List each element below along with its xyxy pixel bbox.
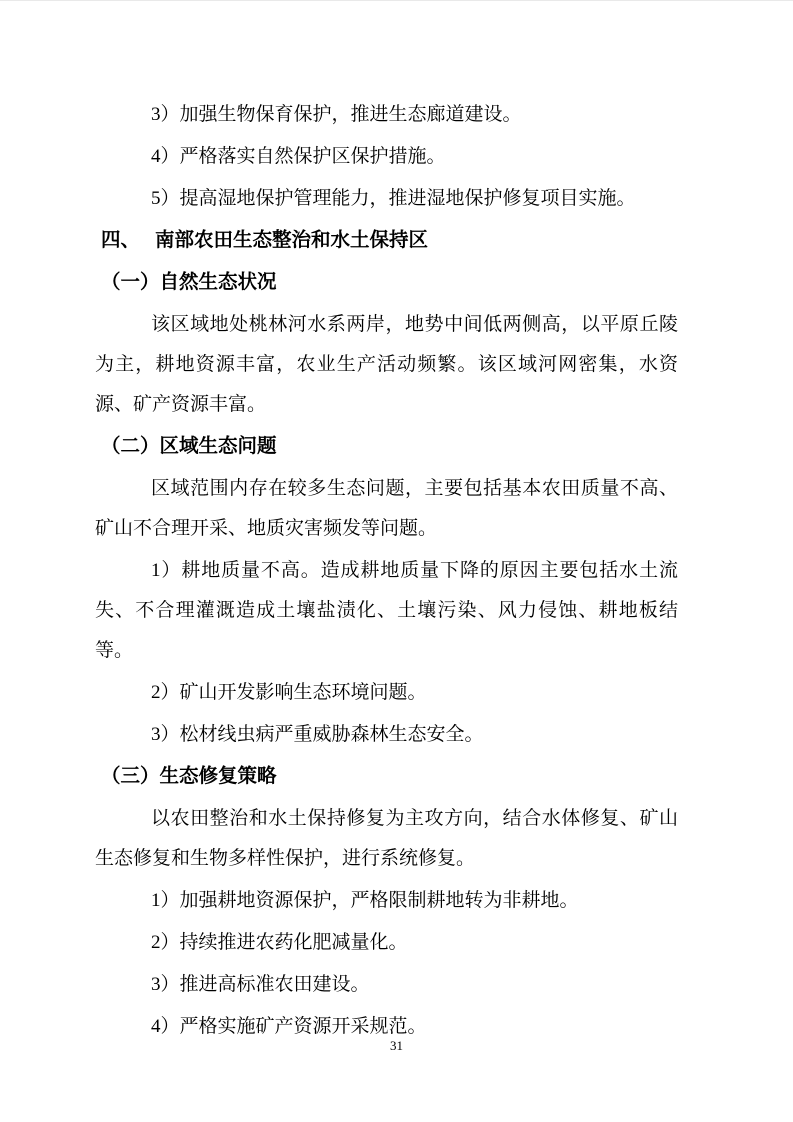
paragraph: 以农田整治和水土保持修复为主攻方向，结合水体修复、矿山生态修复和生物多样性保护，… <box>95 799 678 879</box>
section-heading: 四、南部农田生态整治和水土保持区 <box>95 221 678 261</box>
paragraph: 1）耕地质量不高。造成耕地质量下降的原因主要包括水土流失、不合理灌溉造成土壤盐渍… <box>95 551 678 671</box>
page-footer: 31 <box>0 1037 793 1055</box>
list-item: 2）矿山开发影响生态环境问题。 <box>95 673 678 713</box>
subsection-heading: （三）生态修复策略 <box>95 757 678 797</box>
list-item: 4）严格落实自然保护区保护措施。 <box>95 137 678 177</box>
list-item: 3）加强生物保育保护，推进生态廊道建设。 <box>95 95 678 135</box>
list-item: 1）加强耕地资源保护，严格限制耕地转为非耕地。 <box>95 881 678 921</box>
paragraph: 区域范围内存在较多生态问题，主要包括基本农田质量不高、矿山不合理开采、地质灾害频… <box>95 469 678 549</box>
document-page: 3）加强生物保育保护，推进生态廊道建设。 4）严格落实自然保护区保护措施。 5）… <box>0 0 793 1122</box>
section-number: 四、 <box>101 230 140 251</box>
subsection-heading: （二）区域生态问题 <box>95 427 678 467</box>
list-item: 2）持续推进农药化肥减量化。 <box>95 923 678 963</box>
subsection-heading: （一）自然生态状况 <box>95 263 678 303</box>
list-item: 3）松材线虫病严重威胁森林生态安全。 <box>95 715 678 755</box>
paragraph: 该区域地处桃林河水系两岸，地势中间低两侧高，以平原丘陵为主，耕地资源丰富，农业生… <box>95 305 678 425</box>
document-content: 3）加强生物保育保护，推进生态廊道建设。 4）严格落实自然保护区保护措施。 5）… <box>95 95 678 1047</box>
list-item: 5）提高湿地保护管理能力，推进湿地保护修复项目实施。 <box>95 179 678 219</box>
page-number: 31 <box>390 1038 403 1053</box>
section-title: 南部农田生态整治和水土保持区 <box>155 230 428 251</box>
list-item: 3）推进高标准农田建设。 <box>95 965 678 1005</box>
